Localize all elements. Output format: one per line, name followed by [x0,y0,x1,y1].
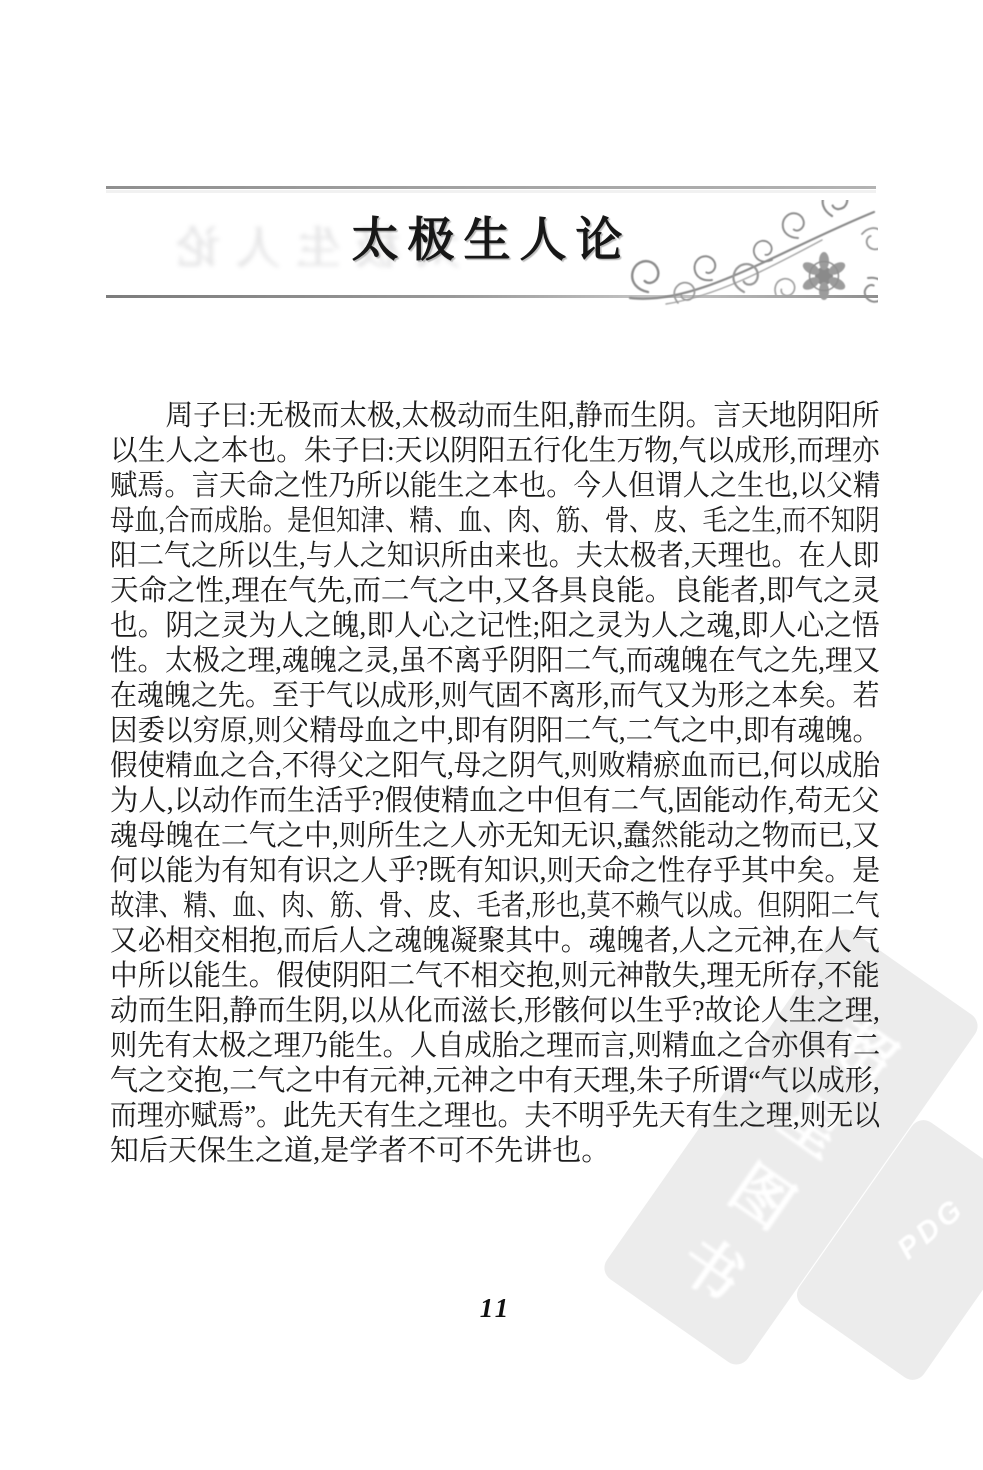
body-line: 母血,合而成胎。是但知津、精、血、肉、筋、骨、皮、毛之生,而不知阴 [110,504,759,539]
body-line: 性。太极之理,魂魄之灵,虽不离乎阴阳二气,而魂魄在气之先,理又 [110,644,840,679]
body-line: 天命之性,理在气先,而二气之中,又各具良能。良能者,即气之灵 [110,574,867,609]
body-line: 魂母魄在二气之中,则所生之人亦无知无识,蠢然能动之物而已,又 [110,819,847,854]
body-text: 周子曰:无极而太极,太极动而生阳,静而生阴。言天地阴阳所 以生人之本也。朱子曰:… [110,399,880,1169]
body-line: 故津、精、血、肉、筋、骨、皮、毛者,形也,莫不赖气以成。但阴阳二气 [110,889,759,924]
body-line: 也。阴之灵为人之魄,即人心之记性;阳之灵为人之魂,即人心之悟 [110,609,846,644]
body-line: 赋焉。言天命之性乃所以能生之本也。今人但谓人之生也,以父精 [110,469,834,504]
body-line: 知后天保生之道,是学者不可不先讲也。 [110,1134,880,1169]
body-line: 何以能为有知有识之人乎?既有知识,则天命之性存乎其中矣。是 [110,854,848,889]
body-line: 气之交抱,二气之中有元神,元神之中有天理,朱子所谓“气以成形, [110,1064,855,1099]
body-line: 假使精血之合,不得父之阳气,母之阴气,则败精瘀血而已,何以成胎 [110,749,840,784]
body-line: 阳二气之所以生,与人之知识所由来也。夫太极者,天理也。在人即 [110,539,827,574]
body-line: 又必相交相抱,而后人之魂魄凝聚其中。魂魄者,人之元神,在人气 [110,924,847,959]
body-line: 中所以能生。假使阴阳二气不相交抱,则元神散失,理无所存,不能 [110,959,847,994]
floral-ornament-icon [626,200,878,312]
body-line: 动而生阳,静而生阴,以从化而滋长,形骸何以生乎?故论人生之理, [110,994,855,1029]
body-line: 周子曰:无极而太极,太极动而生阳,静而生阴。言天地阴阳所 [110,399,846,434]
page-number: 11 [4,1293,983,1324]
header-top-rule [106,186,876,189]
body-line: 为人,以动作而生活乎?假使精血之中但有二气,固能动作,苟无父 [110,784,861,819]
body-line: 在魂魄之先。至于气以成形,则气固不离形,而气又为形之本矣。若 [110,679,827,714]
body-line: 而理亦赋焉”。此先天有生之理也。夫不明乎先天有生之理,则无以 [110,1099,823,1134]
body-line: 以生人之本也。朱子曰:天以阴阳五行化生万物,气以成形,而理亦 [110,434,846,469]
body-line: 则先有太极之理乃能生。人自成胎之理而言,则精血之合亦俱有二 [110,1029,834,1064]
book-page: 太极生人论 太极生人论 [0,0,983,1470]
body-line: 因委以穷原,则父精母血之中,即有阴阳二气,二气之中,即有魂魄。 [110,714,840,749]
